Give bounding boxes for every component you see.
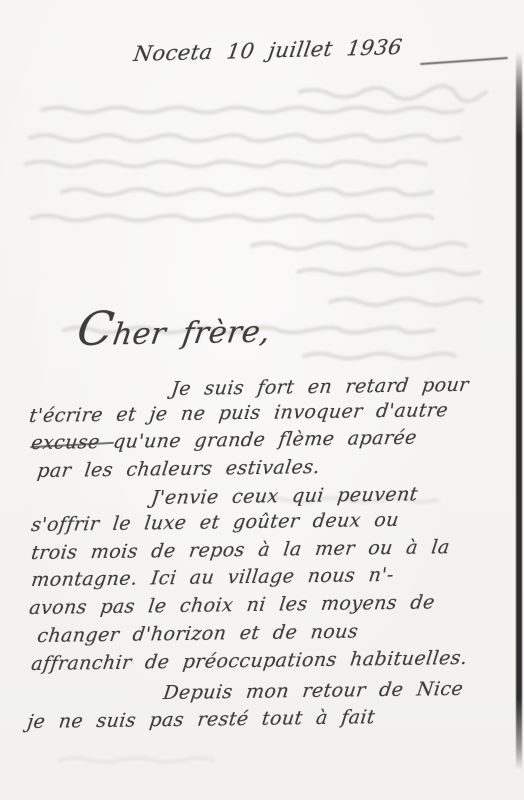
letter-line: Depuis mon retour de Nice — [162, 678, 465, 704]
letter-line: J'envie ceux qui peuvent — [150, 483, 419, 509]
letter-salutation: Cher frère, — [74, 299, 275, 356]
letter-line: changer d'horizon et de nous — [36, 621, 360, 647]
scanned-letter-page: Noceta 10 juillet 1936 Cher frère, Je su… — [0, 0, 524, 800]
letter-line: Je suis fort en retard pour — [170, 374, 470, 400]
scan-edge-shadow — [516, 52, 522, 770]
letter-line: par les chaleurs estivales. — [36, 456, 321, 482]
